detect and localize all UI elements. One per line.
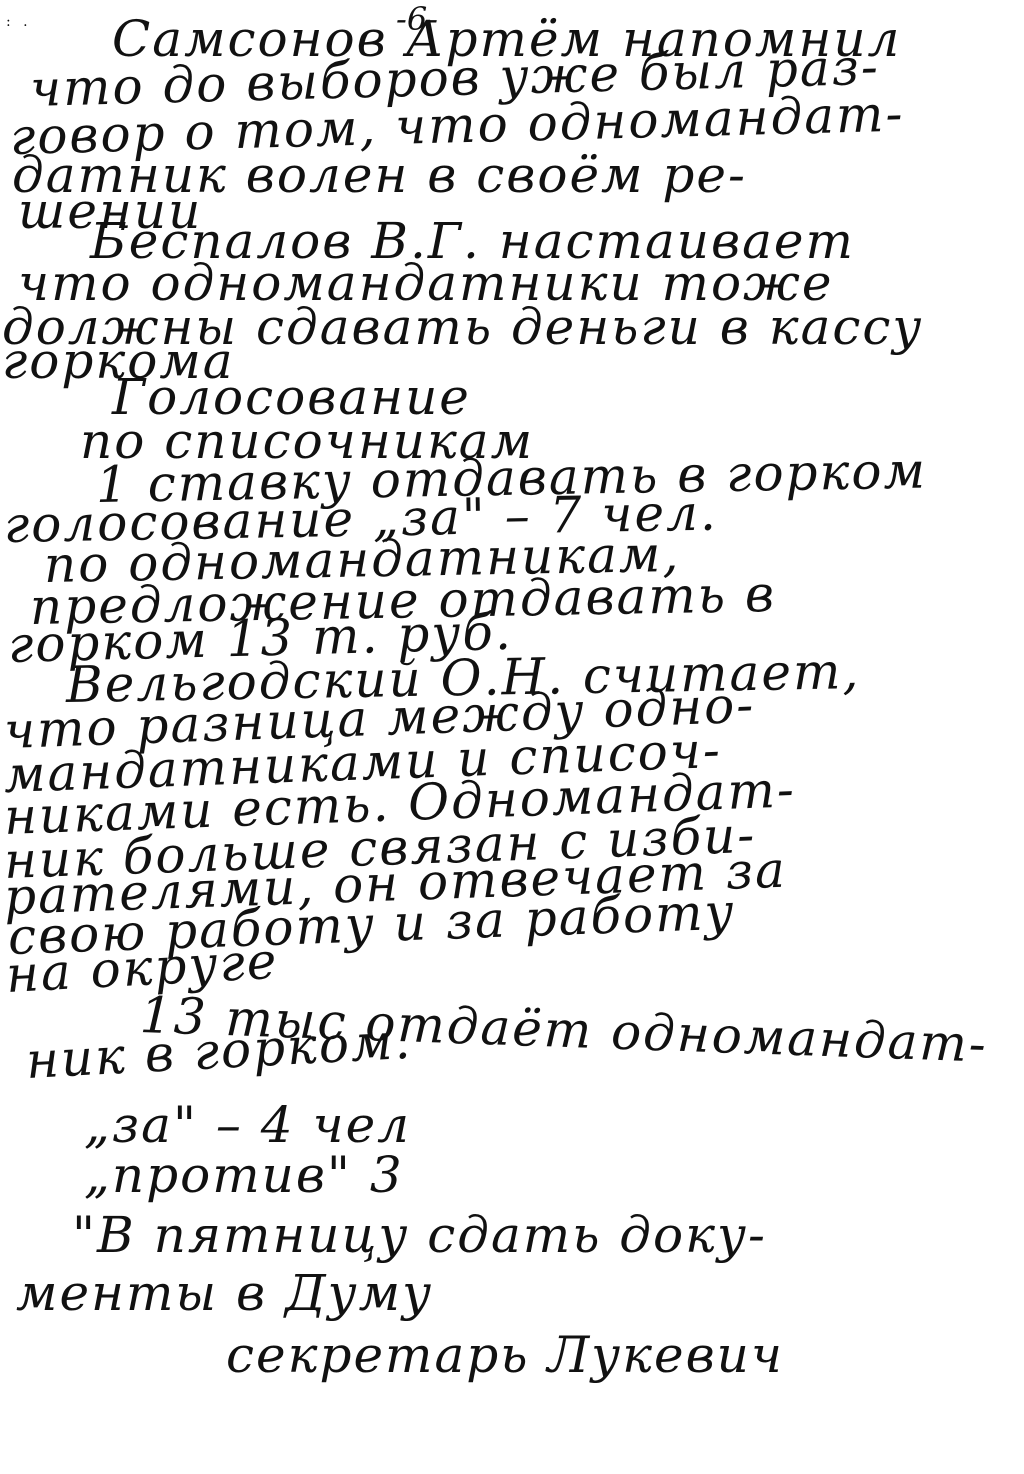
handwritten-line: менты в Думу: [16, 1268, 433, 1318]
margin-specks: : .: [6, 14, 32, 31]
handwritten-line: „за" – 4 чел: [84, 1100, 411, 1150]
signature-line: секретарь Лукевич: [226, 1330, 784, 1380]
handwritten-line: „против" 3: [84, 1150, 404, 1200]
handwritten-line: ник в горком.: [25, 1016, 414, 1086]
handwritten-line: "В пятницу сдать доку-: [72, 1210, 767, 1260]
scanned-handwritten-page: : . -6- Самсонов Артём напомнил что до в…: [0, 0, 1024, 1474]
